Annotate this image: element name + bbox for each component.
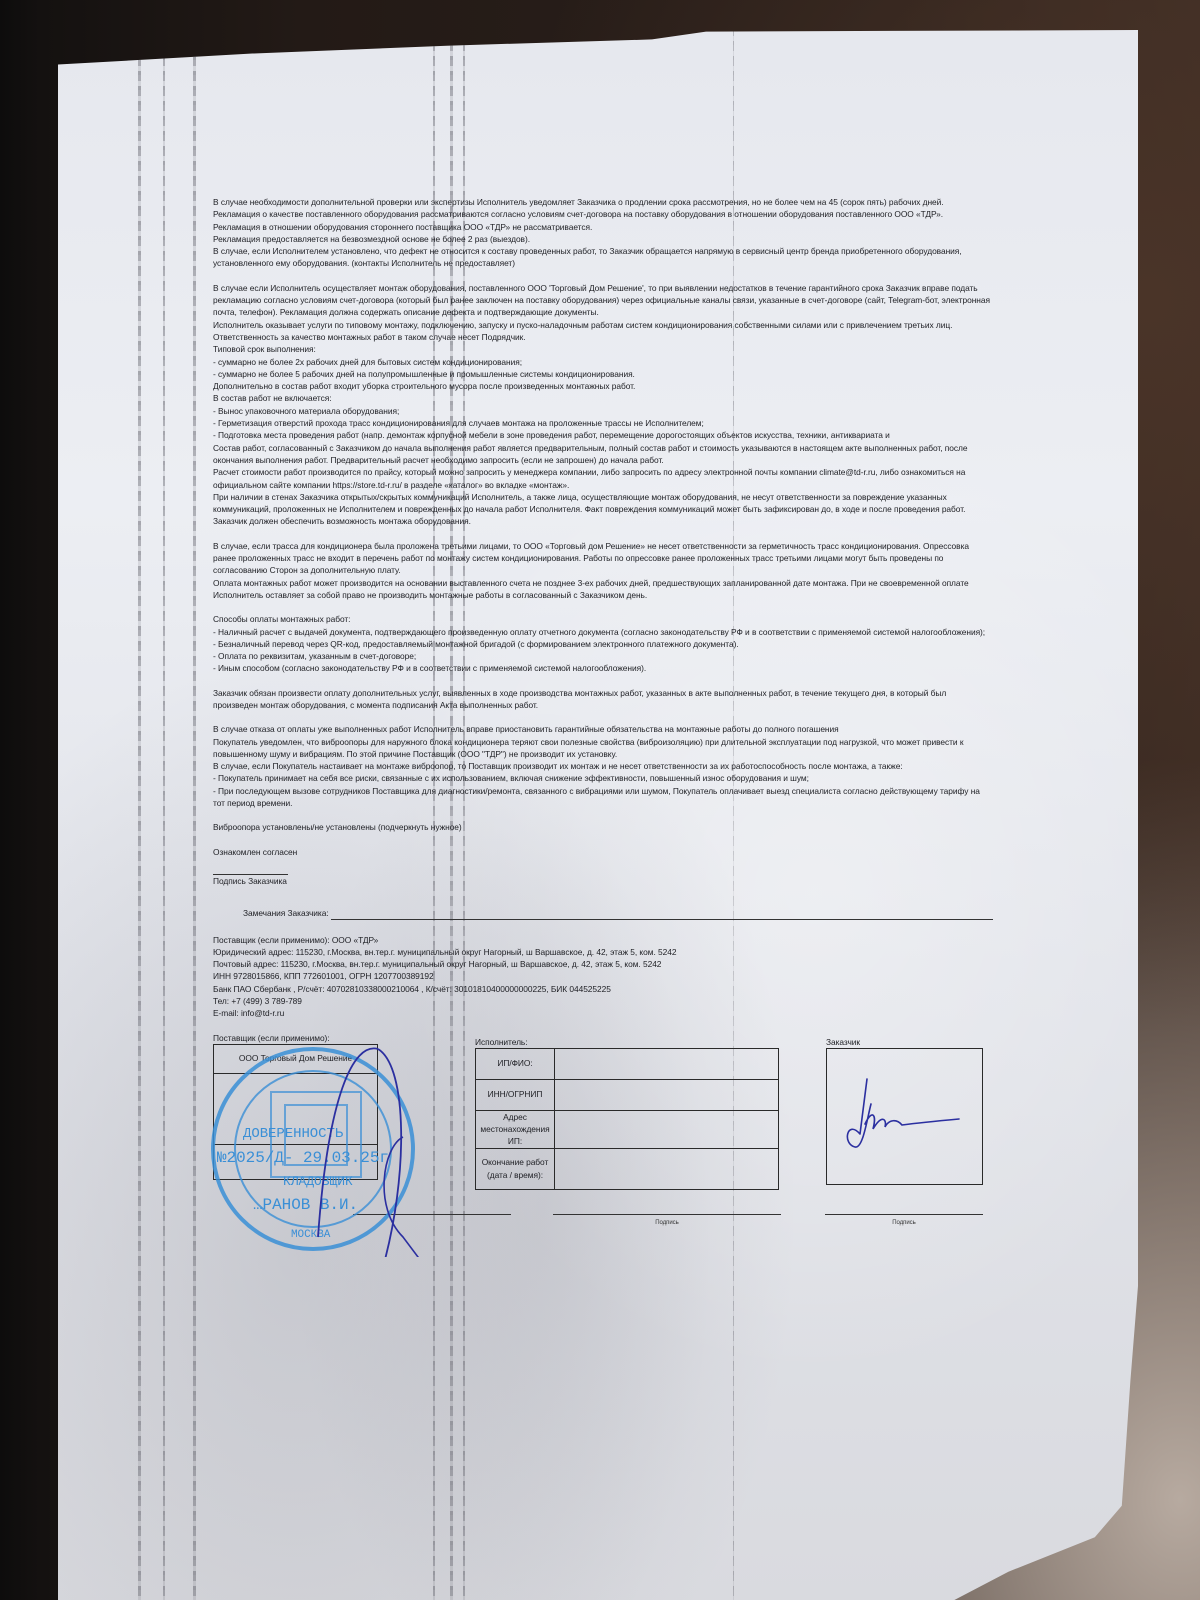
remarks-label: Замечания Заказчика: <box>243 907 329 919</box>
terms-item: - суммарно не более 2х рабочих дней для … <box>213 356 993 368</box>
payment-methods-title: Способы оплаты монтажных работ: <box>213 613 993 625</box>
payment-method-item: - Безналичный перевод через QR-код, пред… <box>213 638 993 650</box>
supplier-details: Поставщик (если применимо): ООО «ТДР» Юр… <box>213 934 993 1020</box>
signature-blocks: Поставщик (если применимо): ООО Торговый… <box>213 1032 993 1292</box>
pricing-paragraph: Расчет стоимости работ производится по п… <box>213 466 993 491</box>
paragraph: Рекламация в отношении оборудования стор… <box>213 221 993 233</box>
terms-title: Типовой срок выполнения: <box>213 343 993 355</box>
terms-item: - суммарно не более 5 рабочих дней на по… <box>213 368 993 380</box>
customer-block-label: Заказчик <box>826 1036 860 1048</box>
third-party-paragraph: В случае, если трасса для кондиционера б… <box>213 540 993 577</box>
customer-signature-box[interactable] <box>826 1048 983 1185</box>
company-stamp-icon: ДОВЕРЕННОСТЬ №2025/Д- 29.03.25г КЛАДОВЩИ… <box>203 1037 443 1257</box>
executor-name-field[interactable] <box>555 1048 779 1079</box>
extra-services-paragraph: Заказчик обязан произвести оплату дополн… <box>213 687 993 712</box>
executor-row-label: ИНН/ОГРНИП <box>476 1079 555 1110</box>
document-body: В случае необходимости дополнительной пр… <box>213 196 993 1292</box>
communications-paragraph: При наличии в стенах Заказчика открытых/… <box>213 491 993 528</box>
svg-text:КЛАДОВЩИК: КЛАДОВЩИК <box>283 1174 353 1189</box>
executor-end-field[interactable] <box>555 1148 779 1189</box>
executor-row-label: Адрес местонахождения ИП: <box>476 1110 555 1148</box>
refusal-paragraph: В случае отказа от оплаты уже выполненны… <box>213 723 993 735</box>
executor-inn-field[interactable] <box>555 1079 779 1110</box>
customer-sign-line: Подпись <box>825 1214 983 1229</box>
executor-sign-line: Подпись <box>553 1214 781 1229</box>
services-paragraph: Исполнитель оказывает услуги по типовому… <box>213 319 993 344</box>
excluded-item: - Вынос упаковочного материала оборудова… <box>213 405 993 417</box>
paragraph: В случае необходимости дополнительной пр… <box>213 196 993 208</box>
printer-streak <box>193 30 196 1600</box>
executor-address-field[interactable] <box>555 1110 779 1148</box>
payment-method-item: - Наличный расчет с выдачей документа, п… <box>213 626 993 638</box>
document-sheet: В случае необходимости дополнительной пр… <box>58 30 1138 1600</box>
payment-method-item: - Иным способом (согласно законодательст… <box>213 662 993 674</box>
warranty-paragraph: В случае если Исполнитель осуществляет м… <box>213 282 993 319</box>
customer-remarks: Замечания Заказчика: <box>243 907 993 919</box>
payment-method-item: - Оплата по реквизитам, указанным в счет… <box>213 650 993 662</box>
payment-paragraph: Оплата монтажных работ может производитс… <box>213 577 993 602</box>
executor-table: ИП/ФИО: ИНН/ОГРНИП Адрес местонахождения… <box>475 1048 779 1190</box>
excluded-item: - Подготовка места проведения работ (нап… <box>213 429 993 441</box>
vibration-paragraph: Покупатель уведомлен, что виброопоры для… <box>213 736 993 761</box>
legal-address: Юридический адрес: 115230, г.Москва, вн.… <box>213 946 993 958</box>
cleanup-note: Дополнительно в состав работ входит убор… <box>213 380 993 392</box>
supplier-name: Поставщик (если применимо): ООО «ТДР» <box>213 934 993 946</box>
excluded-item: - Герметизация отверстий прохода трасс к… <box>213 417 993 429</box>
svg-text:МОСКВА: МОСКВА <box>291 1229 331 1241</box>
excluded-title: В состав работ не включается: <box>213 392 993 404</box>
vibration-item: - Покупатель принимает на себя все риски… <box>213 772 993 784</box>
remarks-line <box>331 910 993 920</box>
executor-row-label: Окончание работ (дата / время): <box>476 1148 555 1189</box>
svg-text:№2025/Д- 29.03.25г: №2025/Д- 29.03.25г <box>217 1149 389 1167</box>
tax-ids: ИНН 9728015866, КПП 772601001, ОГРН 1207… <box>213 970 993 982</box>
handwritten-signature-icon <box>827 1049 982 1184</box>
executor-block-label: Исполнитель: <box>475 1036 528 1048</box>
bank-details: Банк ПАО Сбербанк , Р/счёт: 407028103380… <box>213 983 993 995</box>
acknowledged-label: Ознакомлен согласен <box>213 846 993 858</box>
scope-paragraph: Состав работ, согласованный с Заказчиком… <box>213 442 993 467</box>
email: E-mail: info@td-r.ru <box>213 1007 993 1019</box>
claims-section: В случае необходимости дополнительной пр… <box>213 196 993 270</box>
customer-signature-label: Подпись Заказчика <box>213 875 993 887</box>
printer-streak <box>138 30 141 1600</box>
vibration-insist-paragraph: В случае, если Покупатель настаивает на … <box>213 760 993 772</box>
paragraph: Рекламация о качестве поставленного обор… <box>213 208 993 220</box>
phone: Тел: +7 (499) 3 789-789 <box>213 995 993 1007</box>
printer-streak <box>163 30 165 1600</box>
svg-text:…РАНОВ В.И.: …РАНОВ В.И. <box>253 1196 358 1214</box>
paragraph: В случае, если Исполнителем установлено,… <box>213 245 993 270</box>
vibration-item: - При последующем вызове сотрудников Пос… <box>213 785 993 810</box>
executor-row-label: ИП/ФИО: <box>476 1048 555 1079</box>
paragraph: Рекламация предоставляется на безвозмезд… <box>213 233 993 245</box>
postal-address: Почтовый адрес: 115230, г.Москва, вн.тер… <box>213 958 993 970</box>
vibration-installed-choice: Виброопора установлены/не установлены (п… <box>213 821 993 833</box>
